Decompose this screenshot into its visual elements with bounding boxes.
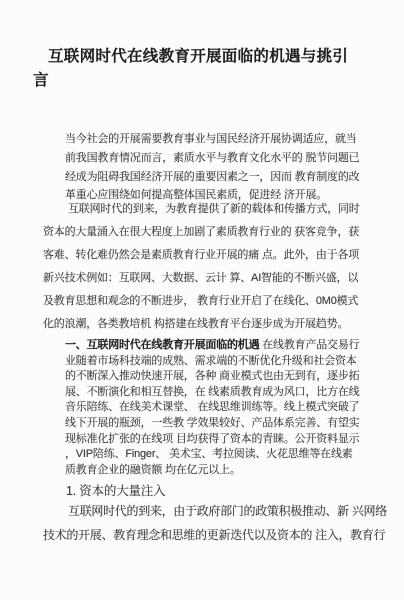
- paragraph-internet-era: 互联网时代的到来，为教育提供了新的载体和传播方式，同时 资本的大量涌入在很大程度…: [43, 198, 360, 336]
- text-line: 当今社会的开展需要教育事业与国民经济开展协调适应，就当: [65, 130, 359, 149]
- text-line: 化的浪潮，各类教培机 构搭建在线教育平台逐步成为开展趋势。: [43, 313, 360, 336]
- text-line: 互联网时代的到来，为教育提供了新的载体和传播方式，同时: [43, 198, 360, 221]
- document-title: 互联网时代在线教育开展面临的机遇与挑引 言: [33, 45, 348, 93]
- text-line: 新兴技术例如：互联网、大数据、云计 算、AI智能的不断兴盛，以: [43, 267, 360, 290]
- text-line: 线下开展的瓶颈，一些教 学效果较好、产品体系完善、有望实: [65, 416, 359, 432]
- text-line: ，VIP陪练、Finger、 美术宝、考拉阅读、火花思维等在线素: [65, 447, 359, 463]
- text-line: 前我国教育情况而言，素质水平与教育文化水平的 脱节问题已: [65, 149, 359, 168]
- text-line: 技术的开展、教育理念和思维的更新迭代以及资本的 注入，教育行: [43, 524, 387, 548]
- text-line: 经成为阻碍我国经济开展的重要因素之一，因而 教育制度的改: [65, 168, 359, 187]
- text-line: 业随着市场科技端的成熟、需求端的不断优化升级和社会资本: [65, 354, 359, 370]
- paragraph-capital: 互联网时代的到来，由于政府部门的政策积极推动、新 兴网络 技术的开展、教育理念和…: [43, 500, 387, 547]
- text-line: 展、不断演化和相互替换，在 线素质教育成为风口，比方在线: [65, 385, 359, 401]
- text-line: 现标准化扩张的在线项 目均获得了资本的青睐。公开资料显示: [65, 432, 359, 448]
- subheading-capital-injection: 1. 资本的大量注入: [66, 484, 165, 498]
- text-line: 音乐陪练、在线美术课堂、 在线思维训练等。线上模式突破了: [65, 400, 359, 416]
- text-line: 资本的大量涌入在很大程度上加剧了素质教育行业的 获客竞争，获: [43, 221, 360, 244]
- paragraph-section-one-opportunities: 一、互联网时代在线教育开展面临的机遇 在线教育产品交易行 业随着市场科技端的成熟…: [65, 338, 359, 478]
- paragraph-intro: 当今社会的开展需要教育事业与国民经济开展协调适应，就当 前我国教育情况而言，素质…: [65, 130, 359, 205]
- text-line: 客难、转化难仍然会是素质教育行业开展的痛 点。此外，由于各项: [43, 244, 360, 267]
- title-line-1: 互联网时代在线教育开展面临的机遇与挑引: [33, 45, 348, 69]
- section-one-heading: 一、互联网时代在线教育开展面临的机遇: [65, 339, 259, 351]
- text-line: 互联网时代的到来，由于政府部门的政策积极推动、新 兴网络: [43, 500, 387, 524]
- text-line: 的不断深入推动快速开展，各种 商业模式也由无到有，逐步拓: [65, 369, 359, 385]
- title-line-2: 言: [33, 69, 348, 93]
- document-page: 互联网时代在线教育开展面临的机遇与挑引 言 当今社会的开展需要教育事业与国民经济…: [0, 0, 404, 600]
- section-heading-rest: 在线教育产品交易行: [259, 339, 359, 351]
- text-line: 及教育思想和观念的不断进步， 教育行业开启了在线化、0M0模式: [43, 290, 360, 313]
- section-heading-line: 一、互联网时代在线教育开展面临的机遇 在线教育产品交易行: [65, 338, 359, 354]
- text-line: 质教育企业的融资额 均在亿元以上。: [65, 463, 359, 479]
